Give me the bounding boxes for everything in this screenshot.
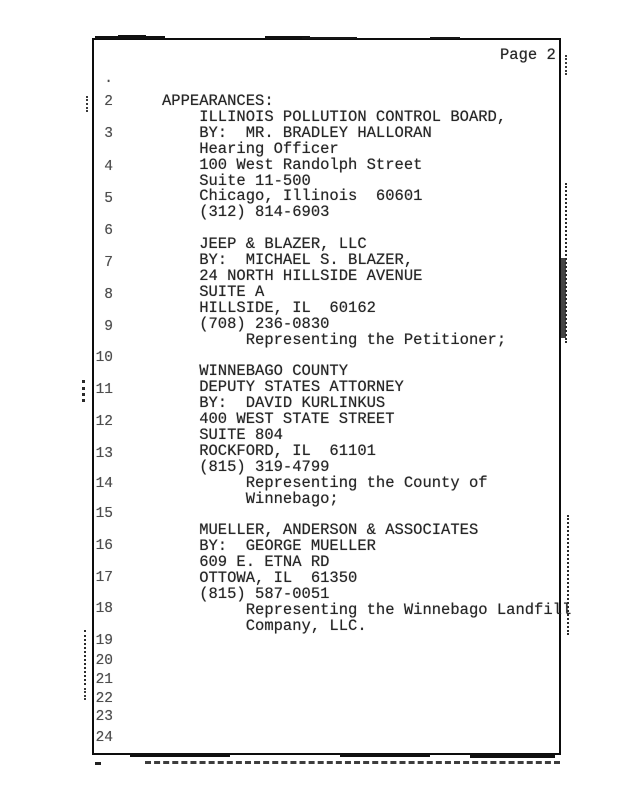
transcript-line: BY: DAVID KURLINKUS (162, 395, 385, 411)
line-number: 23 (80, 709, 113, 725)
transcript-line: 24 NORTH HILLSIDE AVENUE (162, 268, 422, 284)
transcript-line: 400 WEST STATE STREET (162, 411, 395, 427)
line-number: 14 (80, 476, 113, 492)
line-number: 24 (80, 730, 113, 746)
scan-artifact (82, 380, 85, 402)
line-number: 4 (80, 159, 113, 175)
transcript-line: (312) 814-6903 (162, 204, 329, 220)
scan-artifact (565, 183, 567, 343)
scanned-transcript-page: Page 2 .23456789101112131415161718192021… (0, 0, 618, 800)
line-number: 16 (80, 538, 113, 554)
transcript-line: HILLSIDE, IL 60162 (162, 300, 376, 316)
scan-artifact (84, 688, 86, 700)
transcript-line: Chicago, Illinois 60601 (162, 188, 422, 204)
transcript-line: OTTOWA, IL 61350 (162, 570, 357, 586)
line-number: 18 (80, 601, 113, 617)
scan-artifact (95, 762, 101, 765)
line-number: 3 (80, 126, 113, 142)
transcript-line: BY: MR. BRADLEY HALLORAN (162, 125, 432, 141)
transcript-line: Company, LLC. (162, 618, 367, 634)
transcript-line: SUITE 804 (162, 427, 283, 443)
transcript-line: DEPUTY STATES ATTORNEY (162, 379, 404, 395)
line-number: 15 (80, 506, 113, 522)
transcript-line: Representing the Petitioner; (162, 332, 506, 348)
transcript-line: BY: MICHAEL S. BLAZER, (162, 252, 413, 268)
transcript-line: JEEP & BLAZER, LLC (162, 236, 367, 252)
line-number: 10 (80, 350, 113, 366)
transcript-line: WINNEBAGO COUNTY (162, 363, 348, 379)
transcript-line: 609 E. ETNA RD (162, 554, 329, 570)
transcript-line: ILLINOIS POLLUTION CONTROL BOARD, (162, 109, 506, 125)
line-number: 12 (80, 414, 113, 430)
transcript-line: 100 West Randolph Street (162, 157, 422, 173)
transcript-line: Representing the Winnebago Landfill (162, 602, 571, 618)
scan-artifact (130, 753, 230, 757)
scan-artifact (340, 754, 430, 757)
transcript-line: Representing the County of (162, 475, 488, 491)
transcript-line: Suite 11-500 (162, 173, 311, 189)
line-number: 7 (80, 255, 113, 271)
transcript-line: APPEARANCES: (162, 93, 274, 109)
line-number: 8 (80, 287, 113, 303)
transcript-line: (815) 587-0051 (162, 586, 329, 602)
scan-artifact (86, 96, 88, 112)
scan-artifact (84, 630, 86, 685)
transcript-line: ROCKFORD, IL 61101 (162, 443, 376, 459)
transcript-line: Winnebago; (162, 491, 339, 507)
page-number-label: Page 2 (500, 47, 556, 63)
scan-artifact (430, 37, 460, 39)
line-number: 17 (80, 570, 113, 586)
line-number: 6 (80, 223, 113, 239)
scan-artifact (302, 37, 357, 39)
scan-artifact (565, 55, 567, 75)
line-number: 13 (80, 446, 113, 462)
transcript-line: (815) 319-4799 (162, 459, 329, 475)
transcript-line: SUITE A (162, 284, 264, 300)
scan-artifact (145, 761, 560, 764)
line-number: . (80, 71, 113, 87)
scan-artifact (470, 754, 555, 758)
transcript-line: MUELLER, ANDERSON & ASSOCIATES (162, 522, 478, 538)
scan-artifact (118, 35, 146, 38)
line-number: 5 (80, 191, 113, 207)
transcript-line: BY: GEORGE MUELLER (162, 538, 376, 554)
transcript-line: (708) 236-0830 (162, 316, 329, 332)
line-number: 9 (80, 319, 113, 335)
line-number: 2 (80, 94, 113, 110)
scan-artifact (567, 515, 569, 635)
transcript-line: Hearing Officer (162, 141, 339, 157)
